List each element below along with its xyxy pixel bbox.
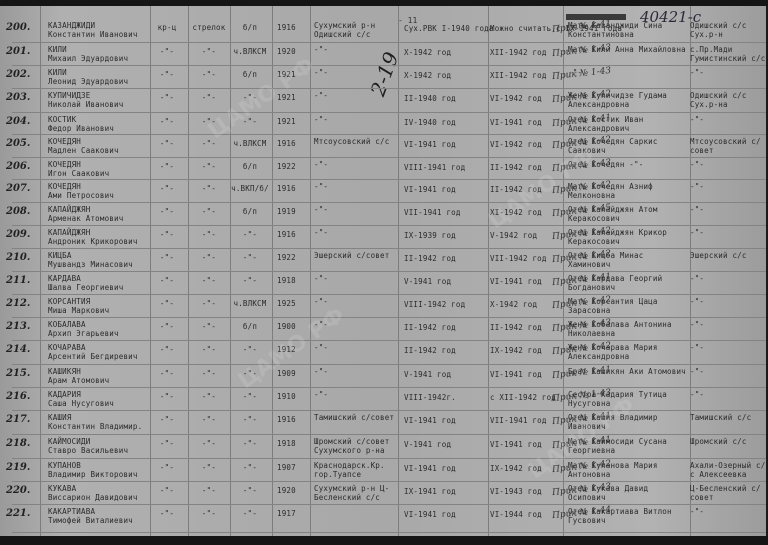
post: -"- — [192, 93, 226, 102]
birthplace: -"- — [314, 320, 398, 329]
post: -"- — [192, 117, 226, 126]
surname: КУПАНОВ — [48, 461, 81, 470]
called-up: Сух.РВК I-1940 года — [404, 24, 488, 33]
rank: -"- — [152, 139, 182, 148]
called-up: II-1942 год — [404, 323, 488, 332]
relative-address: -"- — [690, 274, 766, 283]
table-row: 215.КАШИКЯНАрам Атомович-"--"--"-1909-"-… — [12, 364, 766, 388]
birthplace: Эшерский с/совет — [314, 251, 398, 260]
given-names: Тимофей Виталиевич — [48, 516, 133, 525]
party: -"- — [230, 369, 270, 378]
table-row: 218.КАЙМОСИДИСтавро Васильевич-"--"--"-1… — [12, 434, 766, 459]
given-names: Арам Атомович — [48, 376, 109, 385]
birthplace: Сухумский р-н Ц-Бесленский с/с — [314, 484, 398, 502]
relative: Жена Кобалава Антонина Николаевна — [568, 320, 686, 338]
birthplace: -"- — [314, 274, 398, 283]
surname: КАШИЯ — [48, 413, 72, 422]
post: стрелок — [192, 23, 226, 32]
relative-address: -"- — [690, 297, 766, 306]
birth-year: 1921 — [277, 93, 296, 102]
given-names: Константин Владимир. — [48, 422, 142, 431]
party: ч.ВЛКСМ — [230, 299, 270, 308]
called-up: IV-1940 год — [404, 118, 488, 127]
row-number: 207. — [6, 183, 30, 194]
rank: -"- — [152, 369, 182, 378]
party: -"- — [230, 345, 270, 354]
surname: КОЧЕДЯН — [48, 137, 81, 146]
relative: Жена Купичидзе Гудама Александровна — [568, 91, 686, 109]
table-row: 204.КОСТИКФедор Иванович-"--"--"-1921-"-… — [12, 112, 766, 135]
called-up: V-1941 год — [404, 440, 488, 449]
row-number: 221. — [6, 508, 30, 519]
birthplace: Сухумский р-н Одишский с/с — [314, 21, 398, 39]
post: -"- — [192, 70, 226, 79]
surname: КОЧЕДЯН — [48, 160, 81, 169]
given-names: Архип Эгарьевич — [48, 329, 119, 338]
surname: КАПАЙДЖЯН — [48, 205, 90, 214]
given-names: Шалва Георгиевич — [48, 283, 123, 292]
post: -"- — [192, 253, 226, 262]
relative-address: с.Пр.Мади Гумистинский с/с — [690, 45, 766, 63]
birth-year: 1917 — [277, 509, 296, 518]
table-row: 211.КАРДАВАШалва Георгиевич-"--"--"-1918… — [12, 271, 766, 295]
rank: -"- — [152, 322, 182, 331]
given-names: Леонид Эдуардович — [48, 77, 128, 86]
relative: Мать Купанова Мария Антоновна — [568, 461, 686, 479]
birth-year: 1916 — [277, 230, 296, 239]
party: -"- — [230, 117, 270, 126]
birth-year: 1907 — [277, 463, 296, 472]
rank: -"- — [152, 299, 182, 308]
party: -"- — [230, 486, 270, 495]
surname: КОЧАРАВА — [48, 343, 86, 352]
given-names: Федор Иванович — [48, 124, 114, 133]
post: -"- — [192, 276, 226, 285]
row-number: 208. — [6, 206, 30, 217]
birth-year: 1919 — [277, 207, 296, 216]
birthplace: Мтсоусовский с/с — [314, 137, 398, 146]
rank: -"- — [152, 47, 182, 56]
relative-address: -"- — [690, 320, 766, 329]
relative: Сестра Кадария Тутица Нусуговна — [568, 390, 686, 408]
relative-address: -"- — [690, 507, 766, 516]
scan-bottom-border — [0, 536, 768, 545]
party: -"- — [230, 253, 270, 262]
given-names: Миша Маркович — [48, 306, 109, 315]
row-number: 210. — [6, 252, 30, 263]
rank: -"- — [152, 184, 182, 193]
birth-year: 1921 — [277, 117, 296, 126]
table-row: 213.КОБАЛАВААрхип Эгарьевич-"--"-б/п1900… — [12, 317, 766, 341]
birthplace: Шромский с/совет Сухумского р-на — [314, 437, 398, 455]
relative: Отец Кицба Минас Хаминович — [568, 251, 686, 269]
relative-address: Тамишский с/с — [690, 413, 766, 422]
birthplace: -"- — [314, 297, 398, 306]
rank: -"- — [152, 117, 182, 126]
row-number: 206. — [6, 161, 30, 172]
relative-address: -"- — [690, 68, 766, 77]
table-row: 207.КОЧЕДЯНАми Петросович-"--"-ч.ВКП/б/1… — [12, 179, 766, 203]
archive-register-page: - 11 40421-с 2-19 200.КАЗАНДЖИДИКонстант… — [0, 6, 766, 536]
row-number: 209. — [6, 229, 30, 240]
relative: Отец Кукава Давид Осипович — [568, 484, 686, 502]
party: б/п — [230, 322, 270, 331]
birth-year: 1916 — [277, 184, 296, 193]
relative: Мать Казанджиди Сина Константиновна — [568, 21, 686, 39]
called-up: VIII-1941 год — [404, 163, 488, 172]
birthplace: -"- — [314, 45, 398, 54]
party: -"- — [230, 230, 270, 239]
relative: Жена Кочарава Мария Александровна — [568, 343, 686, 361]
table-row: 220.КУКАВАВиссарион Давидович-"--"--"-19… — [12, 481, 766, 505]
row-number: 211. — [6, 275, 30, 286]
birth-year: 1918 — [277, 276, 296, 285]
relative-address: -"- — [690, 115, 766, 124]
surname: КАДАРИЯ — [48, 390, 81, 399]
rank: -"- — [152, 207, 182, 216]
party: ч.ВЛКСМ — [230, 139, 270, 148]
row-number: 217. — [6, 414, 30, 425]
birthplace: -"- — [314, 115, 398, 124]
post: -"- — [192, 463, 226, 472]
row-number: 212. — [6, 298, 30, 309]
surname: КОРСАНТИЯ — [48, 297, 90, 306]
called-up: IX-1939 год — [404, 231, 488, 240]
table-row: 210.КИЦБАМушвандз Минасович-"--"--"-1922… — [12, 248, 766, 272]
birthplace: -"- — [314, 68, 398, 77]
relative-address: Шромский с/с — [690, 437, 766, 446]
post: -"- — [192, 47, 226, 56]
post: -"- — [192, 299, 226, 308]
given-names: Игон Саакович — [48, 169, 109, 178]
called-up: X-1942 год — [404, 71, 488, 80]
post: -"- — [192, 486, 226, 495]
relative: -"- — [568, 68, 686, 77]
post: -"- — [192, 207, 226, 216]
relative-address: Одишский с/с Сух.р-на — [690, 91, 766, 109]
table-row: 200.КАЗАНДЖИДИКонстантин Ивановичкр-цстр… — [12, 18, 766, 43]
row-number: 201. — [6, 46, 30, 57]
given-names: Владимир Викторович — [48, 470, 138, 479]
rank: -"- — [152, 415, 182, 424]
birth-year: 1922 — [277, 162, 296, 171]
birthplace: -"- — [314, 367, 398, 376]
surname: КАЗАНДЖИДИ — [48, 21, 95, 30]
relative: Мать Корсантия Цаца Зарасовна — [568, 297, 686, 315]
relative-address: Мтсоусовский с/совет — [690, 137, 766, 155]
party: -"- — [230, 463, 270, 472]
relative: Отец Кочедян Саркис Саакович — [568, 137, 686, 155]
post: -"- — [192, 139, 226, 148]
party: ч.ВКП/б/ — [230, 184, 270, 193]
rank: -"- — [152, 276, 182, 285]
post: -"- — [192, 345, 226, 354]
relative: Отец Костик Иван Александрович — [568, 115, 686, 133]
table-row: 203.КУПИЧИДЗЕНиколай Иванович-"--"--"-19… — [12, 88, 766, 113]
birth-year: 1925 — [277, 299, 296, 308]
relative: Мать Кили Анна Михайловна — [568, 45, 686, 54]
relative-address: -"- — [690, 160, 766, 169]
relative-address: Ц-Бесленский с/совет — [690, 484, 766, 502]
birthplace: -"- — [314, 205, 398, 214]
post: -"- — [192, 322, 226, 331]
surname: КИЦБА — [48, 251, 72, 260]
table-row: 217.КАШИЯКонстантин Владимир.-"--"--"-19… — [12, 410, 766, 435]
relative: Брат Кашикян Аки Атомович — [568, 367, 686, 376]
relative-address: -"- — [690, 343, 766, 352]
relative-address: -"- — [690, 228, 766, 237]
given-names: Саша Нусугович — [48, 399, 114, 408]
party: б/п — [230, 162, 270, 171]
given-names: Виссарион Давидович — [48, 493, 138, 502]
post: -"- — [192, 184, 226, 193]
birthplace: -"- — [314, 91, 398, 100]
surname: КИЛИ — [48, 68, 67, 77]
party: б/п — [230, 23, 270, 32]
party: -"- — [230, 276, 270, 285]
rank: кр-ц — [152, 23, 182, 32]
relative-address: -"- — [690, 205, 766, 214]
row-number: 218. — [6, 438, 30, 449]
called-up: V-1941 год — [404, 370, 488, 379]
table-row: 209.КАПАЙДЖЯНАндроник Крикорович-"--"--"… — [12, 225, 766, 249]
called-up: IX-1941 год — [404, 487, 488, 496]
given-names: Мушвандз Минасович — [48, 260, 133, 269]
relative: Отец Какартиава Витлон Гусвович — [568, 507, 686, 525]
surname: КАРДАВА — [48, 274, 81, 283]
given-names: Михаил Эдуардович — [48, 54, 128, 63]
table-row: 205.КОЧЕДЯНМадлен Саакович-"--"-ч.ВЛКСМ1… — [12, 134, 766, 158]
surname: КАПАЙДЖЯН — [48, 228, 90, 237]
row-number: 220. — [6, 485, 30, 496]
surname: КУКАВА — [48, 484, 76, 493]
relative: Отец Кардава Георгий Богданович — [568, 274, 686, 292]
relative: Отец Кочедян -"- — [568, 160, 686, 169]
relative: Мать Кочедян Азниф Мелконовна — [568, 182, 686, 200]
party: б/п — [230, 70, 270, 79]
given-names: Арсентий Бегдиревич — [48, 352, 138, 361]
relative: Отец Кашия Владимир Иванович — [568, 413, 686, 431]
relative: Мать Каймосиди Сусана Георгиевна — [568, 437, 686, 455]
called-up: X-1942 год — [404, 48, 488, 57]
rank: -"- — [152, 93, 182, 102]
row-number: 205. — [6, 138, 30, 149]
rank: -"- — [152, 253, 182, 262]
relative-address: -"- — [690, 367, 766, 376]
rank: -"- — [152, 70, 182, 79]
birth-year: 1916 — [277, 23, 296, 32]
table-row: 208.КАПАЙДЖЯНАрменак Атомович-"--"-б/п19… — [12, 202, 766, 226]
surname: КАЙМОСИДИ — [48, 437, 90, 446]
row-number: 214. — [6, 344, 30, 355]
table-row: 212.КОРСАНТИЯМиша Маркович-"--"-ч.ВЛКСМ1… — [12, 294, 766, 318]
party: б/п — [230, 207, 270, 216]
party: -"- — [230, 392, 270, 401]
given-names: Мадлен Саакович — [48, 146, 119, 155]
row-number: 215. — [6, 368, 30, 379]
called-up: V-1941 год — [404, 277, 488, 286]
birthplace: Краснодарск.Кр. гор.Туапсе — [314, 461, 398, 479]
birthplace: -"- — [314, 160, 398, 169]
surname: КАШИКЯН — [48, 367, 81, 376]
called-up: II-1940 год — [404, 94, 488, 103]
rank: -"- — [152, 463, 182, 472]
birth-year: 1909 — [277, 369, 296, 378]
called-up: VI-1941 год — [404, 185, 488, 194]
row-number: 213. — [6, 321, 30, 332]
post: -"- — [192, 369, 226, 378]
rank: -"- — [152, 162, 182, 171]
birth-year: 1920 — [277, 47, 296, 56]
surname: КОЧЕДЯН — [48, 182, 81, 191]
rank: -"- — [152, 230, 182, 239]
surname: КОСТИК — [48, 115, 76, 124]
party: -"- — [230, 439, 270, 448]
post: -"- — [192, 439, 226, 448]
row-number: 216. — [6, 391, 30, 402]
birthplace: -"- — [314, 390, 398, 399]
relative-address: Одишский с/с Сух.р-н — [690, 21, 766, 39]
row-number: 204. — [6, 116, 30, 127]
table-row: 202.КИЛИЛеонид Эдуардович-"--"-б/п1921-"… — [12, 65, 766, 89]
birth-year: 1921 — [277, 70, 296, 79]
row-number: 219. — [6, 462, 30, 473]
post: -"- — [192, 162, 226, 171]
row-number: 203. — [6, 92, 30, 103]
surname: КИЛИ — [48, 45, 67, 54]
post: -"- — [192, 509, 226, 518]
birth-year: 1922 — [277, 253, 296, 262]
given-names: Константин Иванович — [48, 30, 138, 39]
row-number: 202. — [6, 69, 30, 80]
surname: КУПИЧИДЗЕ — [48, 91, 90, 100]
birthplace: -"- — [314, 228, 398, 237]
birth-year: 1916 — [277, 415, 296, 424]
relative: Отец Капайджян Атом Керакосович — [568, 205, 686, 223]
relative-address: Эшерский с/с — [690, 251, 766, 260]
rank: -"- — [152, 392, 182, 401]
birth-year: 1912 — [277, 345, 296, 354]
row-number: 200. — [6, 22, 30, 33]
relative: Отец Капайджян Крикор Керакосович — [568, 228, 686, 246]
rank: -"- — [152, 486, 182, 495]
party: ч.ВЛКСМ — [230, 47, 270, 56]
relative-address: -"- — [690, 390, 766, 399]
called-up: II-1942 год — [404, 254, 488, 263]
called-up: VI-1941 год — [404, 416, 488, 425]
table-row: 216.КАДАРИЯСаша Нусугович-"--"--"-1910-"… — [12, 387, 766, 411]
relative-address: Ахали-Озерный с/с Алексеевка — [690, 461, 766, 479]
surname: КАКАРТИАВА — [48, 507, 95, 516]
given-names: Ами Петросович — [48, 191, 114, 200]
relative-address: -"- — [690, 182, 766, 191]
called-up: VI-1941 год — [404, 140, 488, 149]
party: -"- — [230, 93, 270, 102]
party: -"- — [230, 415, 270, 424]
called-up: VI-1941 год — [404, 510, 488, 519]
called-up: VIII-1942 год — [404, 300, 488, 309]
birthplace: -"- — [314, 182, 398, 191]
rank: -"- — [152, 439, 182, 448]
called-up: II-1942 год — [404, 346, 488, 355]
given-names: Ставро Васильевич — [48, 446, 128, 455]
post: -"- — [192, 230, 226, 239]
called-up: VII-1941 год — [404, 208, 488, 217]
surname: КОБАЛАВА — [48, 320, 86, 329]
called-up: VIII-1942г. — [404, 393, 488, 402]
table-row: 214.КОЧАРАВААрсентий Бегдиревич-"--"--"-… — [12, 340, 766, 365]
given-names: Николай Иванович — [48, 100, 123, 109]
birthplace: Тамишский с/совет — [314, 413, 398, 422]
post: -"- — [192, 415, 226, 424]
given-names: Арменак Атомович — [48, 214, 123, 223]
called-up: VI-1941 год — [404, 464, 488, 473]
table-row: 206.КОЧЕДЯНИгон Саакович-"--"-б/п1922-"-… — [12, 157, 766, 180]
birth-year: 1920 — [277, 486, 296, 495]
given-names: Андроник Крикорович — [48, 237, 138, 246]
birth-year: 1916 — [277, 139, 296, 148]
table-row: 219.КУПАНОВВладимир Викторович-"--"--"-1… — [12, 458, 766, 482]
rank: -"- — [152, 345, 182, 354]
party: -"- — [230, 509, 270, 518]
post: -"- — [192, 392, 226, 401]
birth-year: 1910 — [277, 392, 296, 401]
table-row: 201.КИЛИМихаил Эдуардович-"--"-ч.ВЛКСМ19… — [12, 42, 766, 66]
birth-year: 1900 — [277, 322, 296, 331]
birthplace: -"- — [314, 343, 398, 352]
birth-year: 1918 — [277, 439, 296, 448]
table-row: 221.КАКАРТИАВАТимофей Виталиевич-"--"--"… — [12, 504, 766, 533]
rank: -"- — [152, 509, 182, 518]
